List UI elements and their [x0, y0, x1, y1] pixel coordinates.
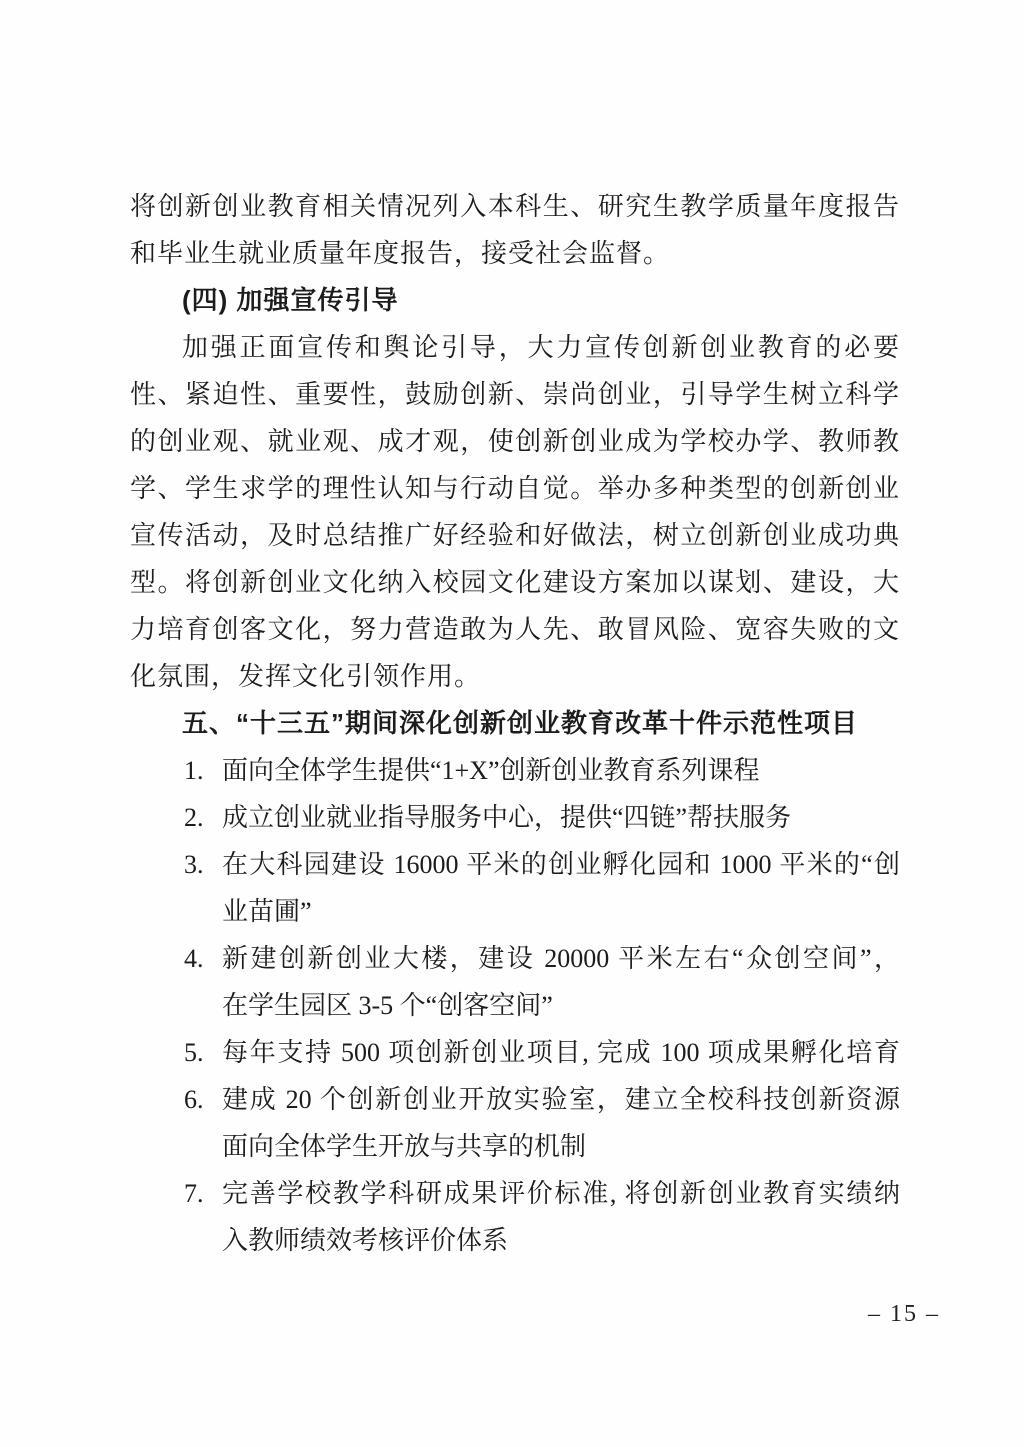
text-run: 入教师绩效考核评价体系 [222, 1226, 508, 1255]
list-item-number: 7. [184, 1170, 204, 1217]
list-item-number: 3. [184, 841, 204, 888]
body-text-line: 力培育创客文化，努力营造敢为人先、敢冒风险、宽容失败的文 [130, 606, 900, 653]
document-page: 将创新创业教育相关情况列入本科生、研究生教学质量年度报告和毕业生就业质量年度报告… [0, 0, 1024, 1447]
list-item-number: 1. [184, 747, 204, 794]
list-item-line: 入教师绩效考核评价体系 [130, 1217, 900, 1264]
text-run: 新建创新创业大楼，建设 20000 平米左右“众创空间”， [222, 944, 900, 973]
text-column: 将创新创业教育相关情况列入本科生、研究生教学质量年度报告和毕业生就业质量年度报告… [130, 183, 900, 1264]
text-run: 性、紧迫性、重要性，鼓励创新、崇尚创业，引导学生树立科学 [130, 380, 900, 409]
list-item-number: 5. [184, 1029, 204, 1076]
text-run: 完善学校教学科研成果评价标准, 将创新创业教育实绩纳 [222, 1179, 900, 1208]
body-text-line: 宣传活动，及时总结推广好经验和好做法，树立创新创业成功典 [130, 512, 900, 559]
list-item-line: 面向全体学生开放与共享的机制 [130, 1123, 900, 1170]
text-run: 力培育创客文化，努力营造敢为人先、敢冒风险、宽容失败的文 [130, 615, 900, 644]
body-text-line: 学、学生求学的理性认知与行动自觉。举办多种类型的创新创业 [130, 465, 900, 512]
text-run: 学、学生求学的理性认知与行动自觉。举办多种类型的创新创业 [130, 474, 900, 503]
body-text-line: 化氛围，发挥文化引领作用。 [130, 653, 900, 700]
list-item-line: 在学生园区 3-5 个“创客空间” [130, 982, 900, 1029]
text-run: 每年支持 500 项创新创业项目, 完成 100 项成果孵化培育 [222, 1038, 900, 1067]
text-run: 在学生园区 3-5 个“创客空间” [222, 991, 553, 1020]
text-run: 型。将创新创业文化纳入校园文化建设方案加以谋划、建设，大 [130, 568, 900, 597]
list-item-line: 4.新建创新创业大楼，建设 20000 平米左右“众创空间”， [130, 935, 900, 982]
body-text-line: 的创业观、就业观、成才观，使创新创业成为学校办学、教师教 [130, 418, 900, 465]
list-item-line: 3.在大科园建设 16000 平米的创业孵化园和 1000 平米的“创 [130, 841, 900, 888]
section-heading: 五、“十三五”期间深化创新创业教育改革十件示范性项目 [130, 700, 900, 747]
body-text-line: 型。将创新创业文化纳入校园文化建设方案加以谋划、建设，大 [130, 559, 900, 606]
text-run: 化氛围，发挥文化引领作用。 [130, 662, 481, 691]
list-item-line: 1.面向全体学生提供“1+X”创新创业教育系列课程 [130, 747, 900, 794]
text-run: 和毕业生就业质量年度报告，接受社会监督。 [130, 239, 670, 268]
list-item-line: 7.完善学校教学科研成果评价标准, 将创新创业教育实绩纳 [130, 1170, 900, 1217]
list-item-line: 2.成立创业就业指导服务中心，提供“四链”帮扶服务 [130, 794, 900, 841]
list-item-number: 4. [184, 935, 204, 982]
text-run: 业苗圃” [222, 897, 312, 926]
text-run: 面向全体学生开放与共享的机制 [222, 1132, 586, 1161]
list-item-line: 6.建成 20 个创新创业开放实验室，建立全校科技创新资源 [130, 1076, 900, 1123]
body-text-line: 加强正面宣传和舆论引导，大力宣传创新创业教育的必要 [130, 324, 900, 371]
list-item-line: 业苗圃” [130, 888, 900, 935]
list-item-number: 6. [184, 1076, 204, 1123]
text-run: (四) 加强宣传引导 [182, 285, 399, 315]
text-run: 面向全体学生提供“1+X”创新创业教育系列课程 [222, 756, 760, 785]
section-heading: (四) 加强宣传引导 [130, 277, 900, 324]
list-item-line: 5.每年支持 500 项创新创业项目, 完成 100 项成果孵化培育 [130, 1029, 900, 1076]
body-text-line: 性、紧迫性、重要性，鼓励创新、崇尚创业，引导学生树立科学 [130, 371, 900, 418]
text-run: 成立创业就业指导服务中心，提供“四链”帮扶服务 [222, 803, 791, 832]
text-run: 的创业观、就业观、成才观，使创新创业成为学校办学、教师教 [130, 427, 900, 456]
text-run: 宣传活动，及时总结推广好经验和好做法，树立创新创业成功典 [130, 521, 900, 550]
text-run: 在大科园建设 16000 平米的创业孵化园和 1000 平米的“创 [222, 850, 900, 879]
body-text-line: 和毕业生就业质量年度报告，接受社会监督。 [130, 230, 900, 277]
body-text-line: 将创新创业教育相关情况列入本科生、研究生教学质量年度报告 [130, 183, 900, 230]
text-run: 加强正面宣传和舆论引导，大力宣传创新创业教育的必要 [182, 333, 900, 362]
page-number: – 15 – [868, 1297, 940, 1331]
text-run: 将创新创业教育相关情况列入本科生、研究生教学质量年度报告 [130, 192, 900, 221]
text-run: 五、“十三五”期间深化创新创业教育改革十件示范性项目 [182, 708, 858, 738]
text-run: 建成 20 个创新创业开放实验室，建立全校科技创新资源 [222, 1085, 900, 1114]
list-item-number: 2. [184, 794, 204, 841]
